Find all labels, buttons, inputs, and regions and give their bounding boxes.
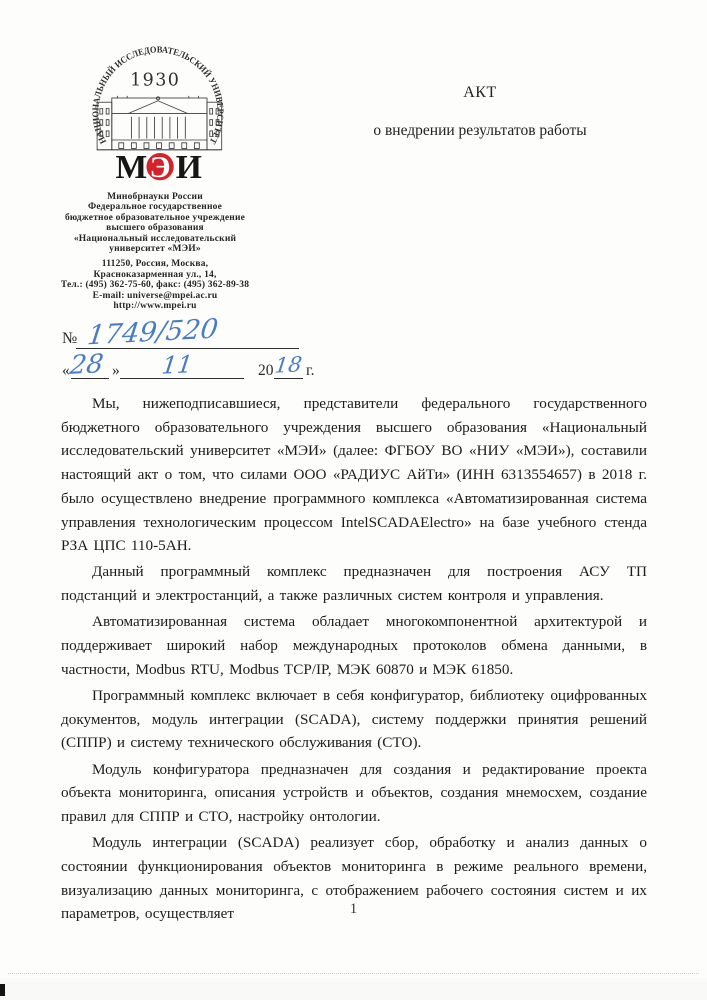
scan-artifact-dotted-line: [8, 973, 699, 974]
org-address-line: Красноказарменная ул., 14,: [35, 270, 275, 280]
body-paragraph: Мы, нижеподписавшиеся, представители фед…: [61, 392, 647, 558]
body-paragraph: Данный программный комплекс предназначен…: [61, 560, 647, 607]
mei-letter-m: М: [116, 149, 148, 182]
org-line: высшего образования: [35, 223, 275, 233]
scan-artifact-shade: [0, 978, 707, 1000]
date-close-quote: »: [112, 362, 120, 380]
org-line: «Национальный исследовательский: [35, 234, 275, 244]
org-line: университет «МЭИ»: [35, 244, 275, 254]
university-emblem-graphic: НАЦИОНАЛЬНЫЙ ИССЛЕДОВАТЕЛЬСКИЙ УНИВЕРСИТ…: [88, 42, 228, 182]
document-body: Мы, нижеподписавшиеся, представители фед…: [61, 392, 647, 928]
title-block: АКТ о внедрении результатов работы: [330, 84, 630, 140]
number-value-handwritten: 1749/520: [86, 314, 220, 352]
mei-letter-e: Э: [150, 150, 171, 182]
page-number: 1: [0, 901, 707, 918]
emblem-ring-text: НАЦИОНАЛЬНЫЙ ИССЛЕДОВАТЕЛЬСКИЙ УНИВЕРСИТ…: [90, 44, 225, 145]
date-year-unit: г.: [306, 362, 314, 380]
document-date-line: « 28 » 11 20 18 г.: [62, 357, 322, 383]
org-line: Федеральное государственное: [35, 202, 275, 212]
date-year-prefix: 20: [258, 362, 274, 380]
org-phone-line: Тел.: (495) 362-75-60, факс: (495) 362-8…: [35, 280, 275, 290]
document-title: АКТ: [330, 84, 630, 102]
document-page: НАЦИОНАЛЬНЫЙ ИССЛЕДОВАТЕЛЬСКИЙ УНИВЕРСИТ…: [0, 0, 707, 1000]
date-year-handwritten: 18: [273, 352, 303, 377]
org-website-line: http://www.mpei.ru: [35, 301, 275, 311]
org-line: Минобрнауки России: [35, 192, 275, 202]
org-email-line: E-mail: universe@mpei.ac.ru: [35, 291, 275, 301]
number-label: №: [62, 330, 77, 347]
document-subtitle: о внедрении результатов работы: [330, 122, 630, 140]
date-month-handwritten: 11: [160, 350, 194, 380]
organization-block: Минобрнауки России Федеральное государст…: [35, 192, 275, 311]
body-paragraph: Модуль конфигуратора предназначен для со…: [61, 758, 647, 829]
university-emblem: НАЦИОНАЛЬНЫЙ ИССЛЕДОВАТЕЛЬСКИЙ УНИВЕРСИТ…: [88, 42, 228, 182]
body-paragraph: Программный комплекс включает в себя кон…: [61, 684, 647, 755]
body-paragraph: Автоматизированная система обладает мног…: [61, 610, 647, 681]
org-line: бюджетное образовательное учреждение: [35, 213, 275, 223]
org-address-line: 111250, Россия, Москва,: [35, 259, 275, 269]
mei-letter-i: И: [176, 149, 202, 182]
date-year-underline: [274, 378, 303, 379]
building-illustration-icon: [97, 96, 222, 150]
date-day-handwritten: 28: [68, 349, 105, 381]
emblem-year-1930: 1930: [130, 70, 180, 90]
